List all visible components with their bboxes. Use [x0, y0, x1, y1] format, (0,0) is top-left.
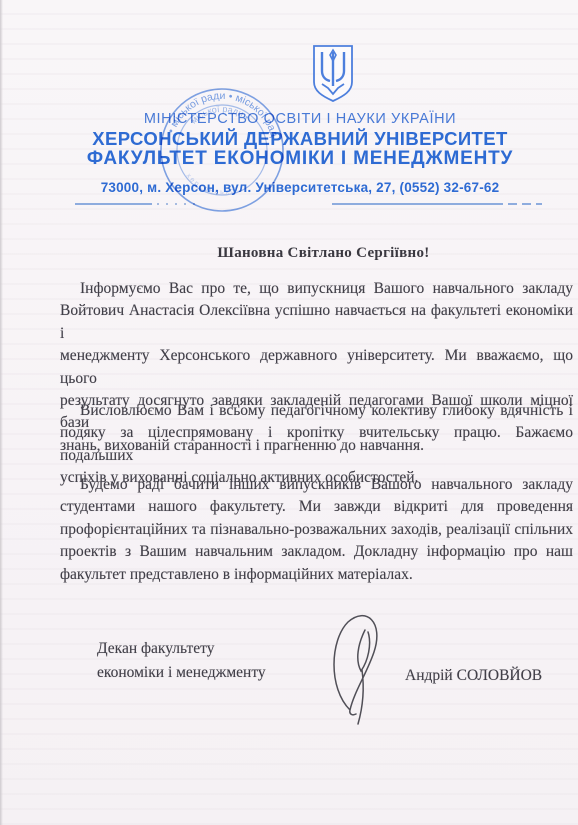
stamp-outer-ring-text: • міської ради • міської ради: [144, 72, 280, 166]
ukraine-trident-icon: [311, 44, 355, 104]
paragraph-3: Будемо раді бачити інших випускників Ваш…: [60, 474, 573, 586]
ministry-line: МІНІСТЕРСТВО ОСВІТИ І НАУКИ УКРАЇНИ: [22, 111, 578, 127]
signer-title-line-2: економіки і менеджменту: [97, 664, 266, 682]
stamp-bottom-ring-text: х е р с о н с ь к о ї: [184, 162, 239, 205]
salutation: Шановна Світлано Сергіївно!: [60, 245, 573, 262]
svg-text:• міської ради • міської ради: • міської ради • міської ради: [144, 72, 280, 166]
signer-title-line-1: Декан факультету: [97, 640, 214, 658]
handwritten-signature: [320, 610, 405, 725]
paragraph-line: Будемо раді бачити інших випускників Ваш…: [60, 474, 573, 496]
scanned-letter-page: МІНІСТЕРСТВО ОСВІТИ І НАУКИ УКРАЇНИ ХЕРС…: [0, 0, 578, 825]
paragraph-line: проектів з Вашим навчальним закладом. До…: [60, 541, 573, 563]
university-name-line: ХЕРСОНСЬКИЙ ДЕРЖАВНИЙ УНІВЕРСИТЕТ: [22, 128, 578, 150]
paragraph-line: факультет представлено в інформаційних м…: [60, 564, 573, 586]
paragraph-line: подяку за цілеспрямовану і кропітку вчит…: [60, 422, 573, 467]
svg-text:х е р с о н с ь к о ї: х е р с о н с ь к о ї: [184, 162, 239, 205]
paragraph-line: Войтович Анастасія Олексіївна успішно на…: [60, 300, 573, 345]
faculty-name-line: ФАКУЛЬТЕТ ЕКОНОМІКИ І МЕНЕДЖМЕНТУ: [22, 148, 578, 170]
paragraph-line: студентами нашого факультету. Ми завжди …: [60, 496, 573, 518]
signer-name: Андрій СОЛОВЙОВ: [405, 667, 542, 685]
address-line: 73000, м. Херсон, вул. Університетська, …: [22, 180, 578, 195]
paragraph-line: менеджменту Херсонського державного унів…: [60, 345, 573, 390]
paragraph-line: профорієнтаційних та пізнавально-розважа…: [60, 519, 573, 541]
paragraph-line: Висловлюємо Вам і всьому педагогічному к…: [60, 400, 573, 422]
header-divider-rule: [0, 200, 578, 208]
paragraph-line: Інформуємо Вас про те, що випускниця Ваш…: [60, 278, 573, 300]
